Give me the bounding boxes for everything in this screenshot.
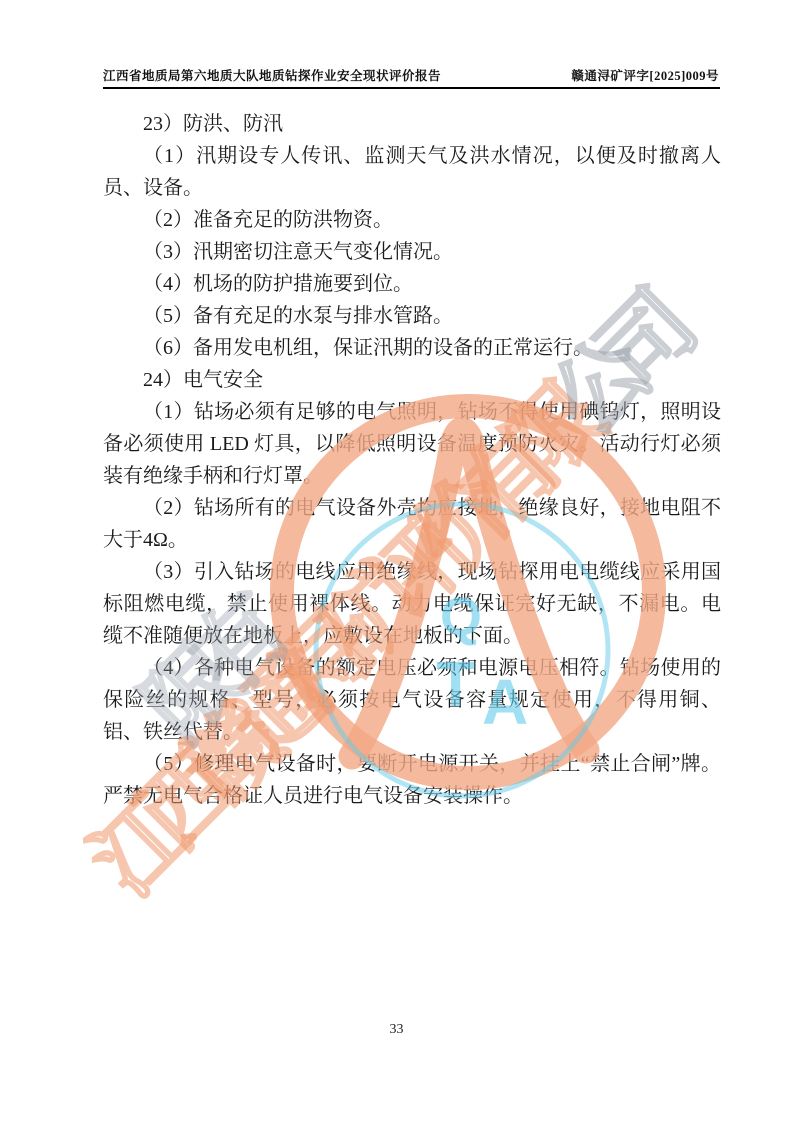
document-page: 江西省地质局第六地质大队地质钻探作业安全现状评价报告 赣通浔矿评字[2025]0… [0, 0, 793, 1122]
header-rule [103, 87, 720, 89]
header-report-title: 江西省地质局第六地质大队地质钻探作业安全现状评价报告 [103, 66, 441, 84]
paragraph: （2）钻场所有的电气设备外壳均应接地，绝缘良好，接地电阻不大于4Ω。 [103, 492, 721, 556]
page-number: 33 [0, 1022, 793, 1038]
paragraph: 24）电气安全 [103, 364, 721, 396]
paragraph: （5）备有充足的水泵与排水管路。 [103, 300, 721, 332]
page-header: 江西省地质局第六地质大队地质钻探作业安全现状评价报告 赣通浔矿评字[2025]0… [103, 66, 719, 84]
header-document-number: 赣通浔矿评字[2025]009号 [571, 66, 719, 84]
paragraph: （3）引入钻场的电线应用绝缘线，现场钻探用电电缆线应采用国标阻燃电缆，禁止使用裸… [103, 556, 721, 652]
paragraph: （2）准备充足的防洪物资。 [103, 204, 721, 236]
paragraph: （5）修理电气设备时，要断开电源开关，并挂上“禁止合闸”牌。严禁无电气合格证人员… [103, 748, 721, 812]
document-body: 23）防洪、防汛（1）汛期设专人传讯、监测天气及洪水情况，以便及时撤离人员、设备… [103, 108, 721, 812]
paragraph: （1）钻场必须有足够的电气照明，钻场不得使用碘钨灯，照明设备必须使用 LED 灯… [103, 396, 721, 492]
paragraph: （6）备用发电机组，保证汛期的设备的正常运行。 [103, 332, 721, 364]
paragraph: （4）机场的防护措施要到位。 [103, 268, 721, 300]
paragraph: （4）各种电气设备的额定电压必须和电源电压相符。钻场使用的保险丝的规格、型号，必… [103, 652, 721, 748]
paragraph: （3）汛期密切注意天气变化情况。 [103, 236, 721, 268]
paragraph: （1）汛期设专人传讯、监测天气及洪水情况，以便及时撤离人员、设备。 [103, 140, 721, 204]
paragraph: 23）防洪、防汛 [103, 108, 721, 140]
